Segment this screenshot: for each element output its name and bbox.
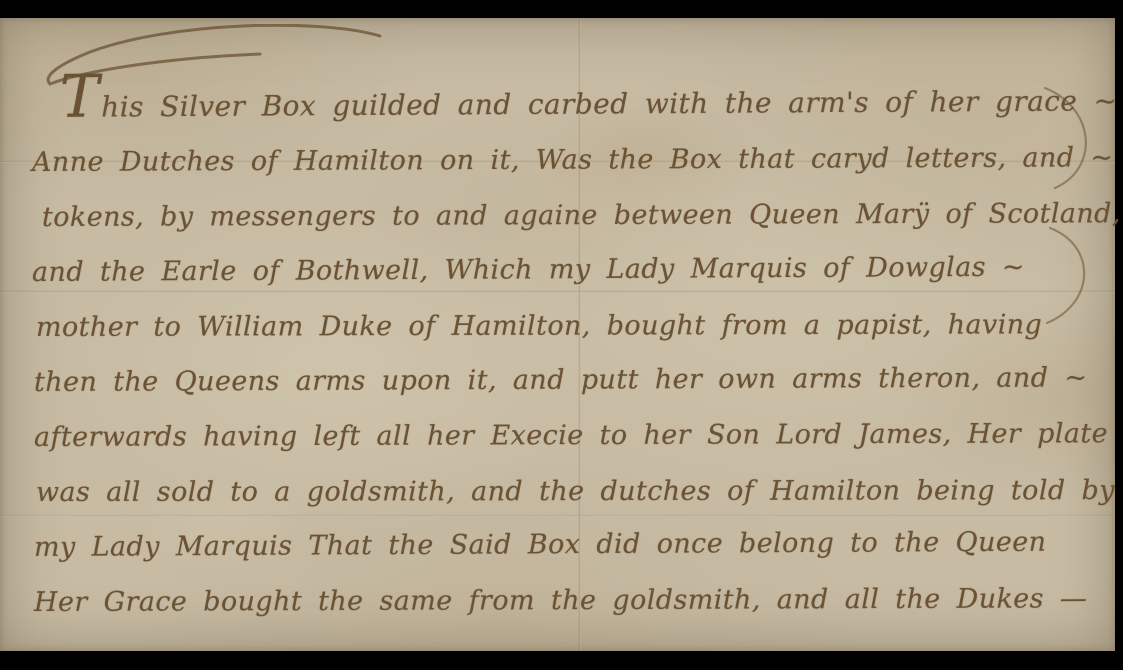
manuscript-line: Her Grace bought the same from the golds… — [26, 571, 1101, 630]
photo-frame: This Silver Box guilded and carbed with … — [0, 0, 1123, 670]
manuscript-line: my Lady Marquis That the Said Box did on… — [26, 514, 1101, 575]
manuscript-line: then the Queens arms upon it, and putt h… — [26, 350, 1101, 410]
manuscript-paper: This Silver Box guilded and carbed with … — [0, 18, 1115, 651]
manuscript-line: afterwards having left all her Execie to… — [26, 406, 1101, 465]
manuscript-text: This Silver Box guilded and carbed with … — [26, 80, 1101, 630]
manuscript-line: mother to William Duke of Hamilton, boug… — [26, 297, 1101, 355]
manuscript-line: Anne Dutches of Hamilton on it, Was the … — [26, 130, 1101, 190]
manuscript-line: was all sold to a goldsmith, and the dut… — [26, 463, 1101, 520]
manuscript-line: tokens, by messengers to and againe betw… — [26, 186, 1101, 245]
manuscript-line: and the Earle of Bothwell, Which my Lady… — [26, 239, 1101, 300]
manuscript-line: This Silver Box guilded and carbed with … — [26, 73, 1101, 135]
